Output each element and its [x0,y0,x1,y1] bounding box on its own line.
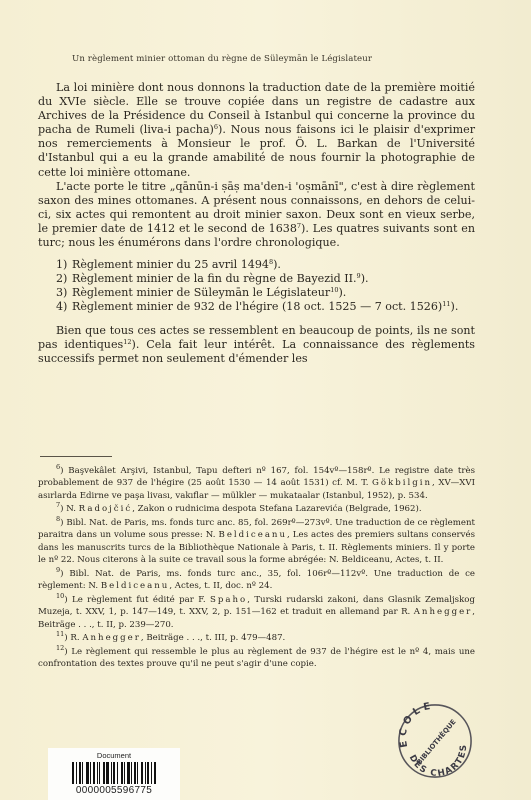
footnote-10: 10) Le règlement fut édité par F. Spaho,… [38,594,475,631]
library-stamp-icon: ECOLE DES CHARTES BIBLIOTHÈQUE [396,702,474,780]
footnote-ref-12[interactable]: 12 [123,338,131,346]
paragraph-1: La loi minière dont nous donnons la trad… [38,81,475,180]
paragraph-3: Bien que tous ces actes se ressemblent e… [38,324,475,366]
footnote-12: 12) Le règlement qui ressemble le plus a… [38,646,475,671]
footnotes: 6) Başvekâlet Arşivi, Istanbul, Tapu def… [38,465,475,672]
barcode-number: 0000005596775 [48,785,180,796]
list-item: 1)Règlement minier du 25 avril 14948). [56,258,475,272]
footnote-ref-11[interactable]: 11 [442,300,450,308]
footnote-9: 9) Bibl. Nat. de Paris, ms. fonds turc a… [38,568,475,593]
footnote-6: 6) Başvekâlet Arşivi, Istanbul, Tapu def… [38,465,475,502]
svg-text:BIBLIOTHÈQUE: BIBLIOTHÈQUE [414,717,457,766]
list-item: 4)Règlement minier de 932 de l'hégire (1… [56,300,475,314]
footnote-8: 8) Bibl. Nat. de Paris, ms. fonds turc a… [38,517,475,566]
barcode-icon [58,762,170,784]
paragraph-2: L'acte porte le titre „qānūn-i ṣāṣ ma'de… [38,180,475,250]
list-item: 3)Règlement minier de Süleymān le Législ… [56,286,475,300]
barcode-title: Document [48,751,180,760]
footnote-11: 11) R. Anhegger, Beiträge . . ., t. III,… [38,632,475,644]
footnote-divider [40,456,112,457]
chronological-list: 1)Règlement minier du 25 avril 14948). 2… [38,258,475,314]
svg-text:ECOLE: ECOLE [398,702,435,748]
barcode-label: Document 0000005596775 [48,748,180,800]
footnote-7: 7) N. Radojčić, Zakon o rudnicima despot… [38,503,475,515]
list-item: 2)Règlement minier de la fin du règne de… [56,272,475,286]
running-head: Un règlement minier ottoman du règne de … [72,54,472,64]
body-text: La loi minière dont nous donnons la trad… [38,81,475,366]
document-page: Un règlement minier ottoman du règne de … [0,0,531,800]
